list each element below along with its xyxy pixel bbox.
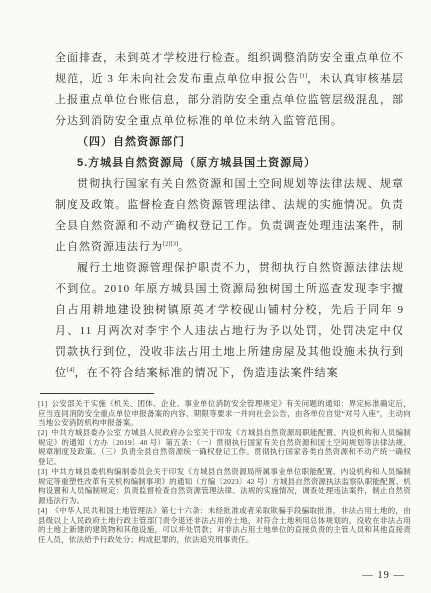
footnote-text: 中共方城县委办公室 方城县人民政府办公室关于印发《方城县自然资源局职能配置、内设…	[38, 428, 411, 466]
footnote-marker: [4]	[38, 506, 47, 515]
footnote-ref-4: [4]	[67, 366, 75, 373]
footnote-marker: [3]	[38, 467, 47, 476]
paragraph-text: 履行土地资源管理保护职责不力，贯彻执行自然资源法律法规不到位。2010 年原方城…	[55, 262, 404, 379]
footnote-ref-1: [1]	[299, 72, 307, 79]
document-page: 全面排查，未到英才学校进行检查。组织调整消防安全重点单位不规范，近 3 年未向社…	[0, 0, 431, 593]
footnote-item: [3]中共方城县委机构编制委员会关于印发《方城县自然资源局所属事业单位职能配置、…	[38, 467, 411, 505]
paragraph-text: 贯彻执行国家有关自然资源和国土空间规划等法律法规、规章制度及政策。监督检查自然资…	[55, 178, 404, 253]
footnote-item: [1]公安部关于实施《机关、团体、企业、事业单位消防安全管理规定》有关问题的通知…	[38, 399, 411, 428]
footnote-marker: [2]	[38, 428, 47, 437]
footnote-separator	[40, 393, 154, 394]
footnote-marker: [1]	[38, 399, 47, 408]
footnote-text: 公安部关于实施《机关、团体、企业、事业单位消防安全管理规定》有关问题的通知：界定…	[38, 399, 411, 427]
footnote-item: [2]中共方城县委办公室 方城县人民政府办公室关于印发《方城县自然资源局职能配置…	[38, 428, 411, 466]
body-text: 全面排查，未到英才学校进行检查。组织调整消防安全重点单位不规范，近 3 年未向社…	[55, 48, 404, 384]
footnote-ref-2-3: [2][3]	[163, 240, 178, 247]
paragraph-text: 。	[178, 241, 190, 253]
footnote-item: [4]《中华人民共和国土地管理法》第七十六条：未经批准或者采取欺骗手段骗取批准，…	[38, 506, 411, 544]
subsection-heading: 5.方城县自然资源局（原方城县国土资源局）	[55, 153, 404, 174]
findings-paragraph: 履行土地资源管理保护职责不力，贯彻执行自然资源法律法规不到位。2010 年原方城…	[55, 258, 404, 384]
footnote-text: 《中华人民共和国土地管理法》第七十六条：未经批准或者采取欺骗手段骗取批准，非法占…	[38, 506, 411, 544]
footnote-text: 中共方城县委机构编制委员会关于印发《方城县自然资源局所属事业单位职能配置、内设机…	[38, 467, 411, 505]
paragraph-text: ，在不符合结案标准的情况下，伪造违法案件结案	[75, 367, 339, 379]
section-heading: （四）自然资源部门	[55, 132, 404, 153]
page-number: — 19 —	[362, 570, 405, 581]
duties-paragraph: 贯彻执行国家有关自然资源和国土空间规划等法律法规、规章制度及政策。监督检查自然资…	[55, 174, 404, 258]
continuation-paragraph: 全面排查，未到英才学校进行检查。组织调整消防安全重点单位不规范，近 3 年未向社…	[55, 48, 404, 132]
footnotes-section: [1]公安部关于实施《机关、团体、企业、事业单位消防安全管理规定》有关问题的通知…	[38, 399, 411, 545]
